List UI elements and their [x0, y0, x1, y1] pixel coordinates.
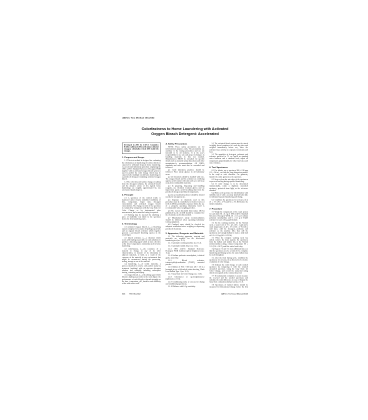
paragraph: 5.1.3 1993 AATCC Standard Reference Dete… [166, 248, 205, 254]
paragraph: 5.1.5 Bleach activator: tetraacetylethyl… [166, 260, 205, 266]
paragraph: 6.1 For fabrics, use a specimen 380 × 61… [209, 170, 248, 178]
section-heading: 5. Apparatus, Reagents and Materials [166, 232, 205, 234]
paragraph: 4.7 Manufacturer's safety recommendation… [166, 217, 205, 223]
doc-title-line-2: Oxygen Bleach Detergent: Accelerated [122, 132, 248, 137]
footer-left: 346 TM 190-2002 [122, 293, 144, 295]
paragraph: 7.7 If instrumental evaluation is used, … [209, 275, 248, 283]
footer-method-ref: TM 190-2002 [129, 293, 140, 295]
paragraph: 4.5 Exposure to chemicals used in this p… [166, 199, 205, 209]
paragraph: 7.2 Set the washing machine for the Norm… [209, 222, 248, 236]
paragraph: 6.3 If color change is to be determined … [209, 183, 248, 191]
paragraph: 5.1.10 Balance with 0.1 g sensitivity. [166, 286, 205, 288]
paragraph: 3.4 laundering, n.—of textile materials,… [122, 263, 161, 273]
paragraph: 1.1 This test method is designed for eva… [122, 160, 161, 181]
paragraph: 5.1 The following apparatus, reagents an… [166, 236, 205, 242]
paragraph: 5.1.1 Automatic washing machine (see 11.… [166, 242, 205, 244]
paragraph: 1.2 The color loss and surface changes r… [122, 181, 161, 191]
paragraph: 7.6 Evaluate the color change of each wa… [209, 264, 248, 274]
paragraph: 5.1.6 Ballast of 920 × 920 mm (36 × 36 i… [166, 266, 205, 272]
running-header: AATCC Test Method 190-2002 [122, 117, 154, 119]
article-columns: Developed in 2001 by AATCC Committee RA8… [122, 143, 248, 291]
section-heading: 3. Terminology [122, 223, 161, 225]
paragraph: 4.2 All chemicals should be handled with… [166, 176, 205, 184]
paragraph: 5.1.4 Sodium perborate monohydrate, tech… [166, 255, 205, 259]
development-note-box: Developed in 2001 by AATCC Committee RA8… [122, 143, 161, 154]
paragraph: 4.3 In preparing, dispensing and handlin… [166, 185, 205, 193]
scan-content: AATCC Test Method 190-2002 Colorfastness… [0, 0, 368, 420]
paragraph: 7.3 When the complete washing cycle has … [209, 237, 248, 247]
paragraph: 2.2 Staining may be assessed by attachin… [122, 214, 161, 220]
paragraph: 7.5 After the final drying cycle, condit… [209, 257, 248, 263]
paragraph: 3.1 activated oxygen bleach, n.—a bleach… [122, 226, 161, 236]
paragraph: 4.1 Good laboratory practices should be … [166, 169, 205, 175]
paragraph: 4.8 Confined areas should be checked for… [166, 224, 205, 230]
paragraph: 5.2 The activated bleach system must be … [209, 143, 248, 153]
paragraph: 6.4 Mark each specimen for identificatio… [209, 192, 248, 198]
paragraph: 4.4 An eyewash/safety shower should be l… [166, 194, 205, 198]
footer-manual-ref: AATCC Technical Manual/2003 [221, 293, 248, 295]
paragraph: 3.3 colorfastness, n.—the resistance of … [122, 248, 161, 262]
paragraph: 4.6 The current threshold limit values (… [166, 210, 205, 216]
section-heading: 7. Procedure [209, 208, 248, 210]
section-heading: 1. Purpose and Scope [122, 156, 161, 158]
document-page: AATCC Test Method 190-2002 Colorfastness… [0, 0, 368, 420]
page-footer: 346 TM 190-2002 AATCC Technical Manual/2… [122, 293, 248, 295]
paragraph: 7.1 Weigh the components of the wash sys… [209, 211, 248, 221]
section-heading: 4. Safety Precautions [166, 143, 205, 145]
section-heading: 6. Test Specimens [209, 166, 248, 168]
paragraph: 6.5 Condition the specimens for at least… [209, 199, 248, 205]
paragraph: 5.3 The quantities of detergent, perbora… [209, 154, 248, 164]
footer-page-number: 346 [122, 293, 125, 295]
paragraph: 5.1.9 Conditioning racks or screens for … [166, 281, 205, 285]
paragraph: NOTE: These safety precautions are for i… [166, 146, 205, 169]
paragraph: 3.5 oxygen bleach, n.—a bleaching agent … [122, 274, 161, 284]
paragraph: 5.1.8 Colorimeter or spectrophotometer (… [166, 276, 205, 280]
paragraph: 3.2 bleach activator, n.—a chemical whic… [122, 237, 161, 247]
paragraph: 6.2 Serge or hem the cut edges of the sp… [209, 179, 248, 183]
section-heading: 2. Principle [122, 194, 161, 196]
paragraph: 7.4 Repeat 7.2 and 7.3 four additional t… [209, 248, 248, 256]
paragraph: 2.1 A specimen of the colored textile is… [122, 197, 161, 214]
doc-title: Colorfastness to Home Laundering with Ac… [122, 127, 248, 137]
